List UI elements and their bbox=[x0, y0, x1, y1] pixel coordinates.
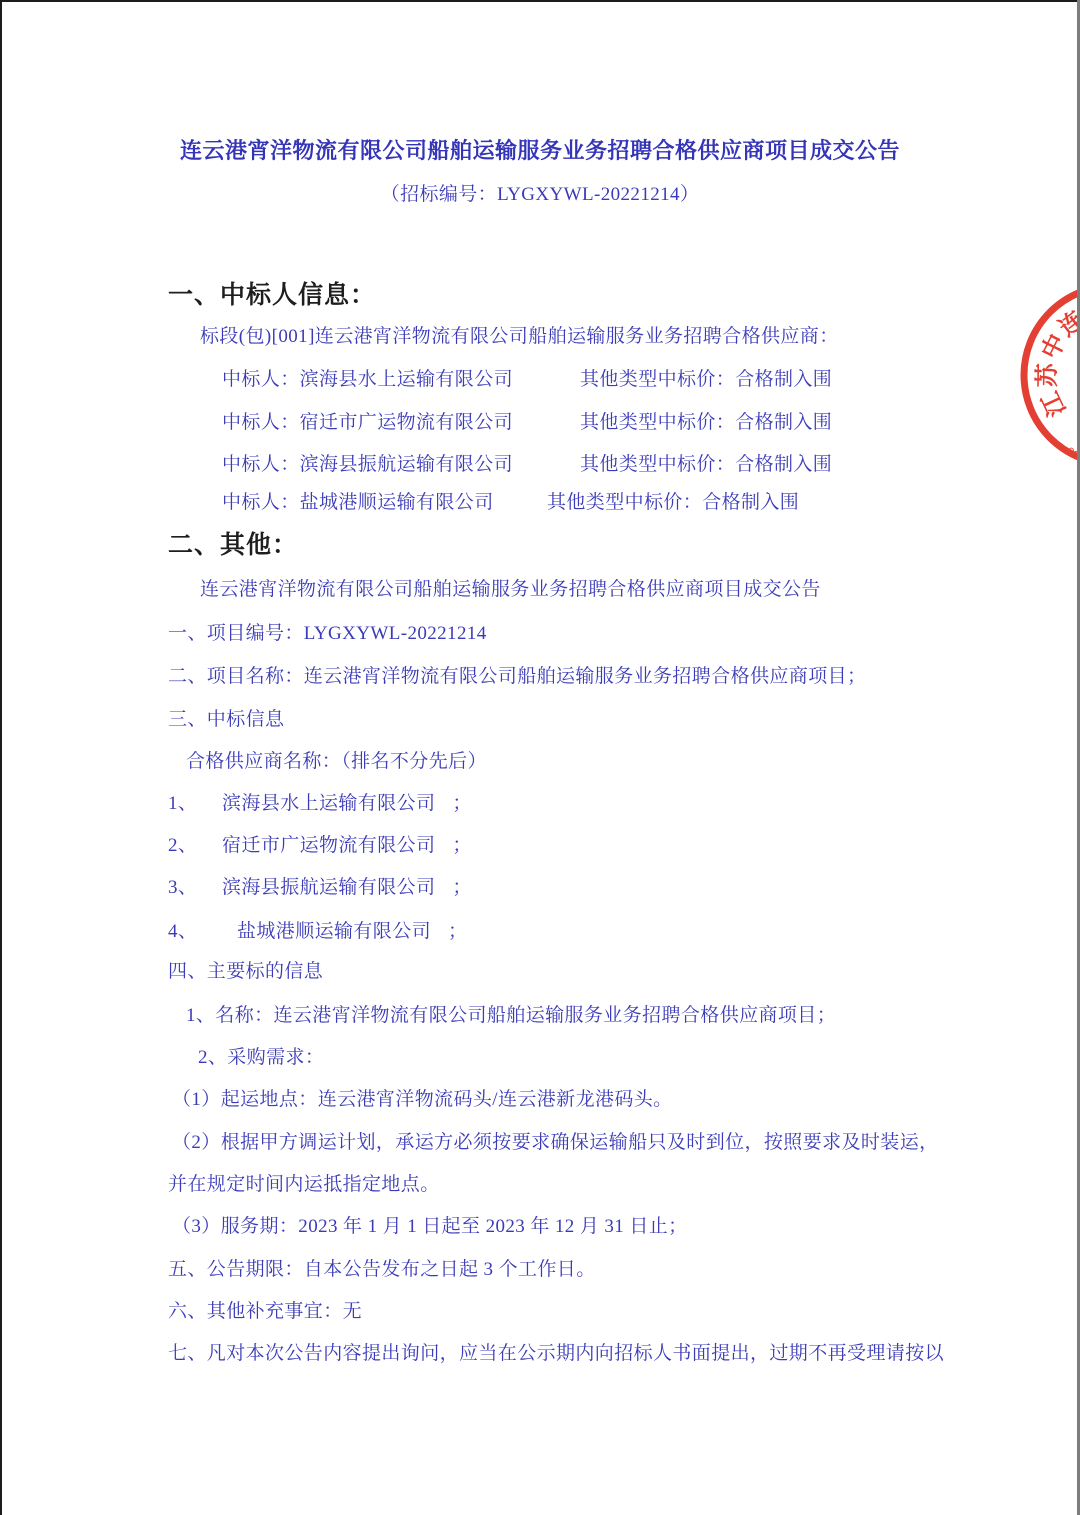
award-info-heading: 三、中标信息 bbox=[168, 704, 284, 731]
bidder-name: 中标人：宿迁市广运物流有限公司 bbox=[222, 407, 513, 434]
supplier-item: 2、宿迁市广运物流有限公司； bbox=[168, 830, 472, 857]
supplier-name: 盐城港顺运输有限公司 bbox=[222, 921, 431, 942]
bidder-name: 中标人：滨海县振航运输有限公司 bbox=[222, 449, 513, 476]
supplier-separator: ； bbox=[452, 877, 471, 898]
supplier-number: 4、 bbox=[168, 916, 222, 943]
requirement-2-line2: 并在规定时间内运抵指定地点。 bbox=[168, 1169, 440, 1196]
supplier-item: 3、滨海县振航运输有限公司； bbox=[168, 872, 472, 899]
bidder-price: 其他类型中标价：合格制入围 bbox=[580, 449, 832, 476]
document-title: 连云港宵洋物流有限公司船舶运输服务业务招聘合格供应商项目成交公告 bbox=[0, 134, 1080, 165]
supplier-separator: ； bbox=[452, 793, 471, 814]
bidder-name: 中标人：滨海县水上运输有限公司 bbox=[222, 364, 513, 391]
company-seal-stamp-icon: 江苏中连全过 32 bbox=[980, 245, 1080, 505]
supplier-name: 宿迁市广运物流有限公司 bbox=[222, 835, 435, 856]
notice-period-line: 五、公告期限：自本公告发布之日起 3 个工作日。 bbox=[168, 1254, 596, 1281]
supplier-separator: ； bbox=[448, 921, 467, 942]
project-number-line: 一、项目编号：LYGXYWL-20221214 bbox=[168, 618, 487, 645]
requirement-2-line1: （2）根据甲方调运计划，承运方必须按要求确保运输船只及时到位，按照要求及时装运， bbox=[172, 1127, 939, 1154]
supplier-item: 4、盐城港顺运输有限公司； bbox=[168, 916, 467, 943]
requirement-3: （3）服务期：2023 年 1 月 1 日起至 2023 年 12 月 31 日… bbox=[172, 1211, 688, 1238]
supplier-item: 1、滨海县水上运输有限公司； bbox=[168, 788, 472, 815]
subject-name-line: 1、名称：连云港宵洋物流有限公司船舶运输服务业务招聘合格供应商项目； bbox=[186, 1000, 836, 1027]
procurement-line: 2、采购需求： bbox=[198, 1042, 324, 1069]
tender-number: （招标编号：LYGXYWL-20221214） bbox=[0, 179, 1080, 206]
supplier-separator: ； bbox=[452, 835, 471, 856]
scan-edge-left bbox=[0, 0, 2, 1515]
inquiry-line: 七、凡对本次公告内容提出询问，应当在公示期内向招标人书面提出，过期不再受理请按以 bbox=[168, 1338, 944, 1365]
supplier-number: 1、 bbox=[168, 788, 222, 815]
section2-heading: 二、其他： bbox=[168, 525, 298, 561]
supplier-number: 2、 bbox=[168, 830, 222, 857]
lot-intro: 标段(包)[001]连云港宵洋物流有限公司船舶运输服务业务招聘合格供应商： bbox=[200, 321, 839, 348]
supplier-name: 滨海县水上运输有限公司 bbox=[222, 793, 435, 814]
section1-heading: 一、中标人信息： bbox=[168, 275, 376, 311]
subject-heading: 四、主要标的信息 bbox=[168, 956, 323, 983]
project-name-line: 二、项目名称：连云港宵洋物流有限公司船舶运输服务业务招聘合格供应商项目； bbox=[168, 661, 866, 688]
supplier-number: 3、 bbox=[168, 872, 222, 899]
svg-text:江苏中连全过: 江苏中连全过 bbox=[1033, 294, 1080, 420]
bidder-price: 其他类型中标价：合格制入围 bbox=[547, 487, 799, 514]
requirement-1: （1）起运地点：连云港宵洋物流码头/连云港新龙港码头。 bbox=[172, 1084, 673, 1111]
supplier-label: 合格供应商名称：（排名不分先后） bbox=[186, 746, 487, 773]
announcement-line: 连云港宵洋物流有限公司船舶运输服务业务招聘合格供应商项目成交公告 bbox=[200, 574, 821, 601]
bidder-price: 其他类型中标价：合格制入围 bbox=[580, 407, 832, 434]
seal-arc-text: 江苏中连全过 bbox=[1033, 294, 1080, 420]
scan-edge-top bbox=[0, 0, 1080, 2]
supplier-name: 滨海县振航运输有限公司 bbox=[222, 877, 435, 898]
bidder-name: 中标人：盐城港顺运输有限公司 bbox=[222, 487, 494, 514]
other-matters-line: 六、其他补充事宜：无 bbox=[168, 1296, 362, 1323]
bidder-price: 其他类型中标价：合格制入围 bbox=[580, 364, 832, 391]
document-page: { "page": { "bg": "#ffffff", "text_blue"… bbox=[0, 0, 1080, 1515]
